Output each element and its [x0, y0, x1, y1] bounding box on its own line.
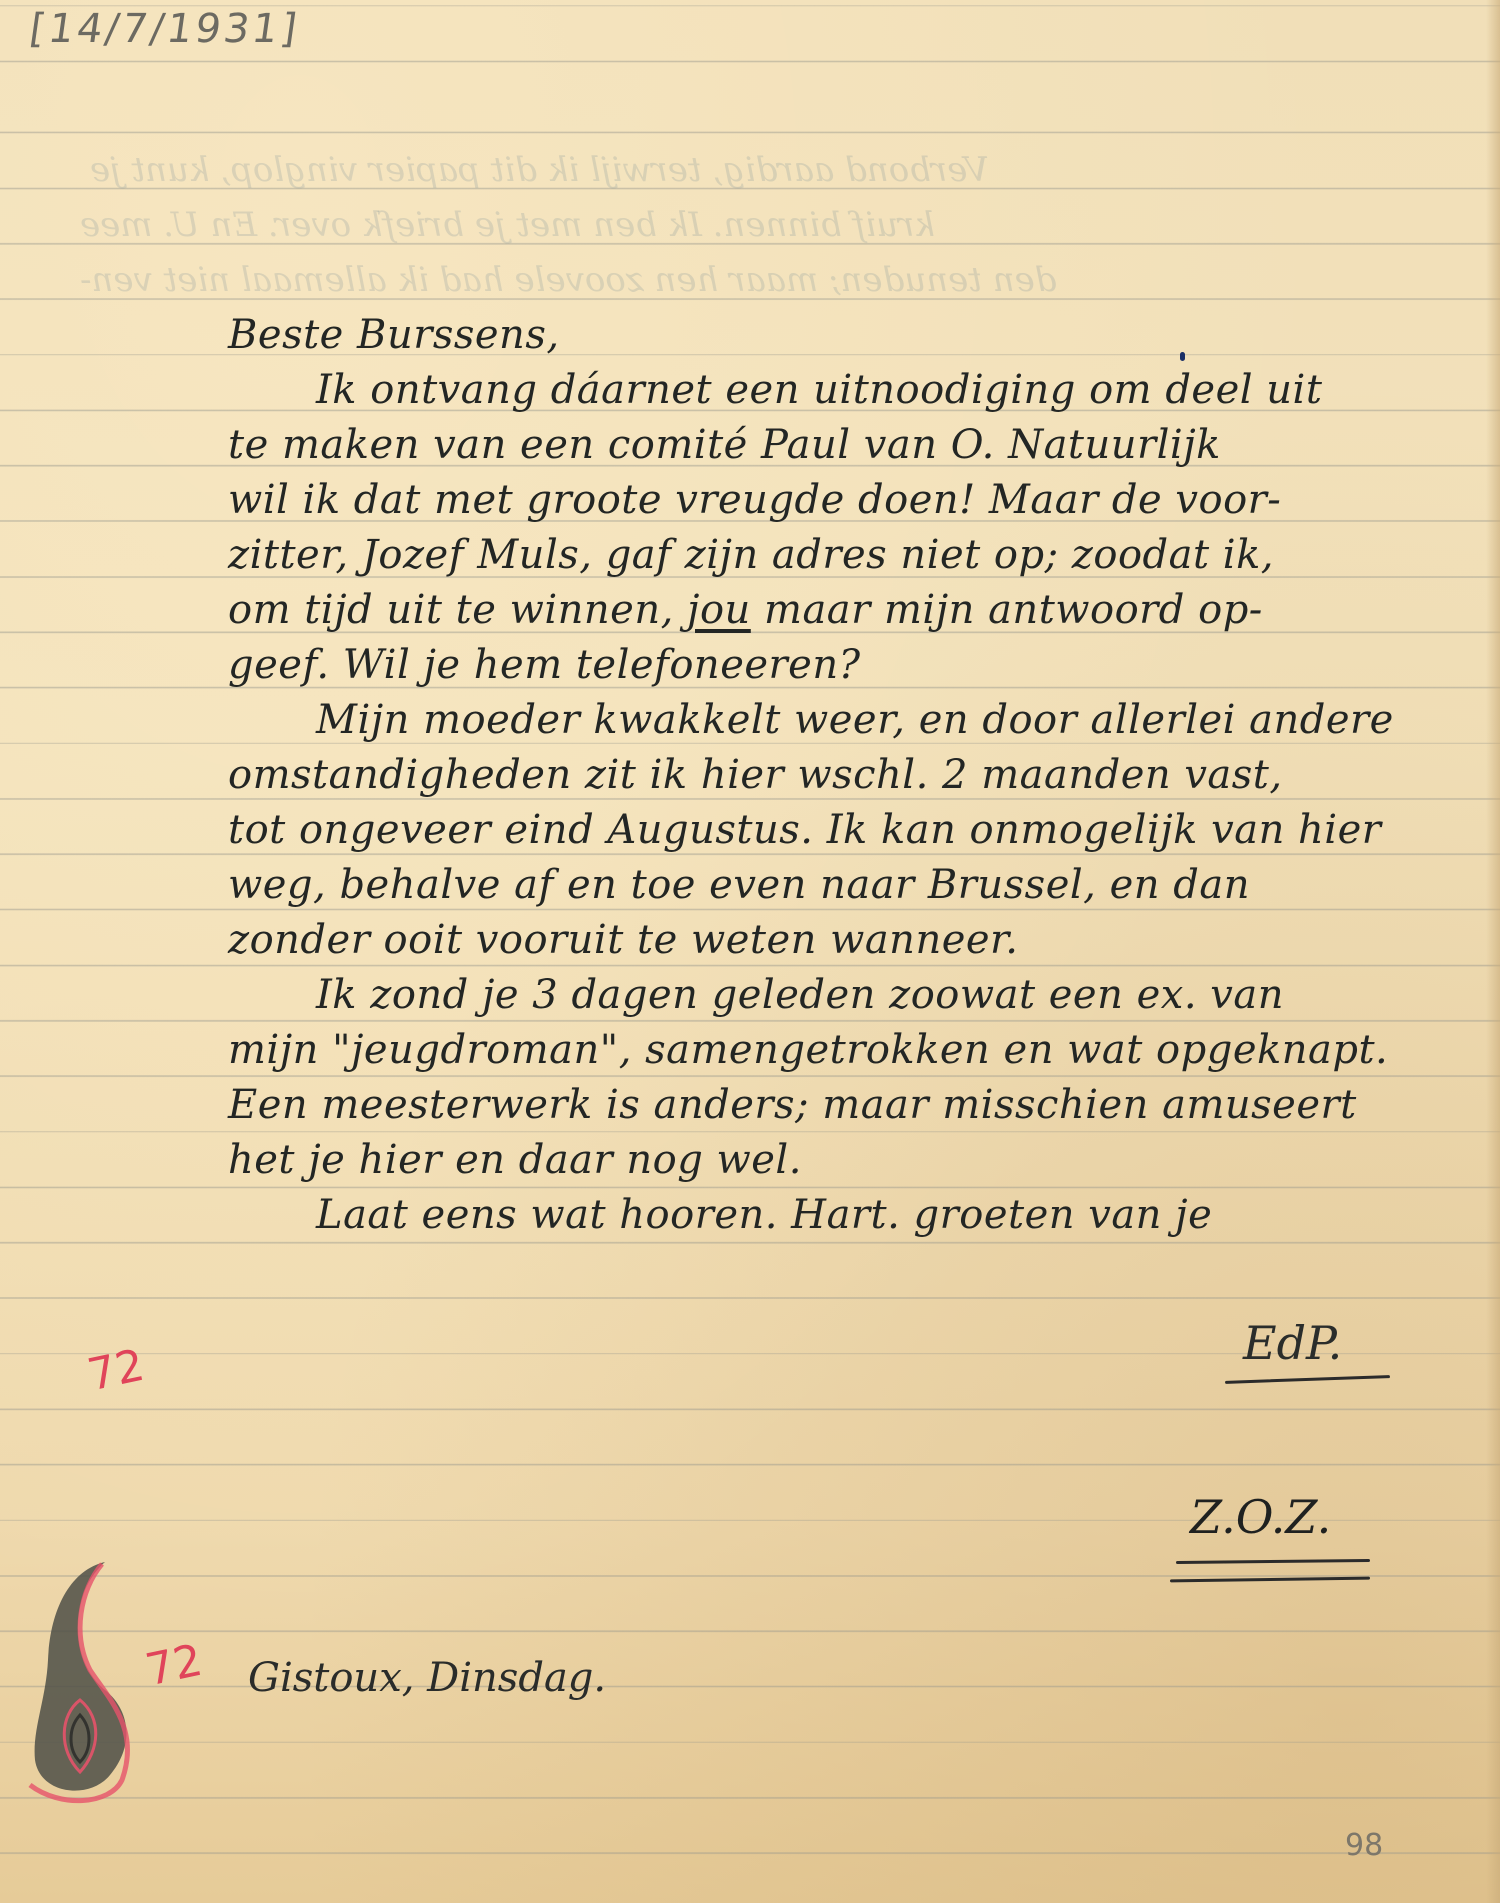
body-line: tot ongeveer eind Augustus. Ik kan onmog… [228, 803, 1394, 858]
overleaf-underline [1176, 1559, 1370, 1564]
red-pencil-mark: 72 [83, 1340, 148, 1402]
body-line: zonder ooit vooruit te weten wanneer. [228, 913, 1394, 968]
salutation: Beste Burssens, [228, 308, 1394, 363]
flame-doodle-icon [10, 1550, 140, 1810]
body-line: het je hier en daar nog wel. [228, 1133, 1394, 1188]
signature: EdP. [1243, 1316, 1342, 1370]
body-line: wil ik dat met groote vreugde doen! Maar… [228, 473, 1394, 528]
overleaf-underline [1170, 1577, 1370, 1583]
body-line: Ik ontvang dáarnet een uitnoodiging om d… [228, 363, 1394, 418]
overleaf-note: Z.O.Z. [1190, 1490, 1331, 1544]
body-line: weg, behalve af en toe even naar Brussel… [228, 858, 1394, 913]
body-line: om tijd uit te winnen, jou maar mijn ant… [228, 583, 1394, 638]
closing-line: Laat eens wat hooren. Hart. groeten van … [228, 1188, 1394, 1243]
signature-underline [1225, 1375, 1390, 1384]
red-pencil-mark: 72 [141, 1635, 206, 1697]
body-line: Een meesterwerk is anders; maar misschie… [228, 1078, 1394, 1133]
letter-page: Verbond aardig, terwijl ik dit papier vi… [0, 0, 1500, 1903]
body-line: omstandigheden zit ik hier wschl. 2 maan… [228, 748, 1394, 803]
letter-body: Beste Burssens, Ik ontvang dáarnet een u… [228, 308, 1394, 1243]
body-line: Ik zond je 3 dagen geleden zoowat een ex… [228, 968, 1394, 1023]
archival-date: [14/7/1931] [27, 6, 303, 52]
ink-spot [1180, 352, 1185, 361]
underlined-word: jou [687, 587, 751, 633]
paper-edge [1486, 0, 1500, 1903]
bleed-through-line: den tenuden; maar hen zoovele had ik all… [80, 260, 1056, 300]
body-fragment: om tijd uit te winnen, [228, 587, 674, 633]
body-line: geef. Wil je hem telefoneeren? [228, 638, 1394, 693]
bleed-through-line: kruif binnen. Ik ben met je briefk over.… [80, 205, 935, 245]
body-fragment: maar mijn antwoord op- [764, 587, 1263, 633]
body-line: mijn "jeugdroman", samengetrokken en wat… [228, 1023, 1394, 1078]
body-line: zitter, Jozef Muls, gaf zijn adres niet … [228, 528, 1394, 583]
body-line: te maken van een comité Paul van O. Natu… [228, 418, 1394, 473]
bleed-through-line: Verbond aardig, terwijl ik dit papier vi… [90, 150, 989, 190]
body-line: Mijn moeder kwakkelt weer, en door aller… [228, 693, 1394, 748]
archive-number: 98 [1345, 1828, 1383, 1863]
place-and-day: Gistoux, Dinsdag. [248, 1655, 606, 1701]
